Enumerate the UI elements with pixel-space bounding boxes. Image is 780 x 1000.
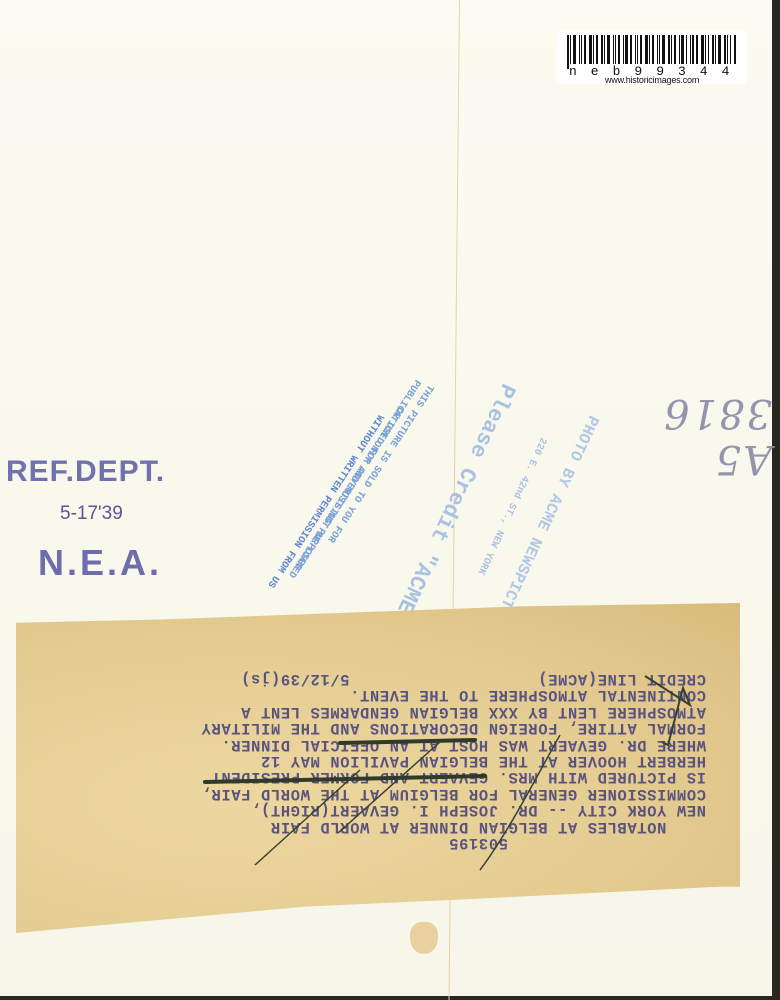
photo-back-sheet: neb99344 www.historicimages.com REF.DEPT… (0, 0, 772, 996)
pen-marks (0, 0, 780, 1000)
